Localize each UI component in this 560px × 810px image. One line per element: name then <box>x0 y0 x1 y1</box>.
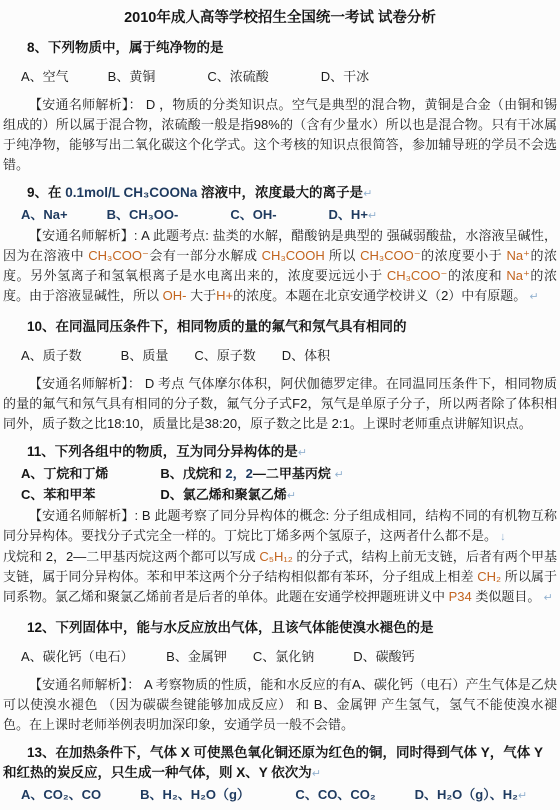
question-8: 8、下列物质中，属于纯净物的是 A、空气 B、黄铜 C、浓硫酸 D、干冰 【安通… <box>3 38 557 175</box>
question-8-heading: 8、下列物质中，属于纯净物的是 <box>3 38 557 58</box>
question-12-analysis-paragraph-1: 【安通名师解析】： A 考察物质的性质，能和水反应的有A、碳化钙（电石）产生气体… <box>3 675 557 735</box>
question-13-options-line-1: A、CO₂、CO B、H₂、H₂O（g） C、CO、CO₂ D、H₂O（g）、H… <box>3 785 557 806</box>
question-11-analysis-paragraph-1: 【安通名师解析】: B 此题考察了同分异构体的概念: 分子组成相同，结构不同的有… <box>3 506 557 547</box>
question-10-heading: 10、在同温同压条件下，相同物质的量的氟气和氖气具有相同的 <box>3 317 557 337</box>
question-10-analysis-paragraph-1: 【安通名师解析】： D 考点 气体摩尔体积，阿伏伽德罗定律。在同温同压条件下，相… <box>3 374 557 434</box>
question-10: 10、在同温同压条件下，相同物质的量的氟气和氖气具有相同的 A、质子数 B、质量… <box>3 317 557 434</box>
document-title: 2010年成人高等学校招生全国统一考试 试卷分析 <box>3 8 557 28</box>
question-9-heading: 9、在 0.1mol/L CH₃COONa 溶液中，浓度最大的离子是↵ <box>3 183 557 204</box>
question-12-options-line-1: A、碳化钙（电石） B、金属钾 C、氯化钠 D、碳酸钙 <box>3 647 557 667</box>
question-11: 11、下列各组中的物质，互为同分异构体的是↵ A、丁烷和丁烯 B、戊烷和 2，2… <box>3 442 557 608</box>
question-10-options-line-1: A、质子数 B、质量 C、原子数 D、体积 <box>3 346 557 366</box>
question-9-analysis-paragraph-1: 【安通名师解析】: A 此题考点: 盐类的水解，醋酸钠是典型的 强碱弱酸盐，水溶… <box>3 226 557 307</box>
question-12-heading: 12、下列固体中，能与水反应放出气体，且该气体能使溴水褪色的是 <box>3 618 557 638</box>
question-11-heading: 11、下列各组中的物质，互为同分异构体的是↵ <box>3 442 557 463</box>
question-9-options-line-1: A、Na+ B、CH₃OO- C、OH- D、H+↵ <box>3 205 557 226</box>
question-11-options-line-2: C、苯和甲苯 D、氯乙烯和聚氯乙烯↵ <box>3 485 557 506</box>
question-11-options-line-1: A、丁烷和丁烯 B、戊烷和 2，2—二甲基丙烷 ↵ <box>3 464 557 485</box>
question-11-analysis-paragraph-2: 戊烷和 2，2—二甲基丙烷这两个都可以写成 C₅H₁₂ 的分子式，结构上前无支链… <box>3 547 557 608</box>
question-13: 13、在加热条件下，气体 X 可使黑色氧化铜还原为红色的铜，同时得到气体 Y，气… <box>3 743 557 806</box>
question-9: 9、在 0.1mol/L CH₃COONa 溶液中，浓度最大的离子是↵ A、Na… <box>3 183 557 307</box>
question-8-analysis-paragraph-1: 【安通名师解析】： D ，物质的分类知识点。空气是典型的混合物，黄铜是合金（由铜… <box>3 95 557 175</box>
question-12: 12、下列固体中，能与水反应放出气体，且该气体能使溴水褪色的是 A、碳化钙（电石… <box>3 618 557 735</box>
document-page: 2010年成人高等学校招生全国统一考试 试卷分析 8、下列物质中，属于纯净物的是… <box>0 0 560 810</box>
question-8-options-line-1: A、空气 B、黄铜 C、浓硫酸 D、干冰 <box>3 67 557 87</box>
question-13-heading: 13、在加热条件下，气体 X 可使黑色氧化铜还原为红色的铜，同时得到气体 Y，气… <box>3 743 557 784</box>
